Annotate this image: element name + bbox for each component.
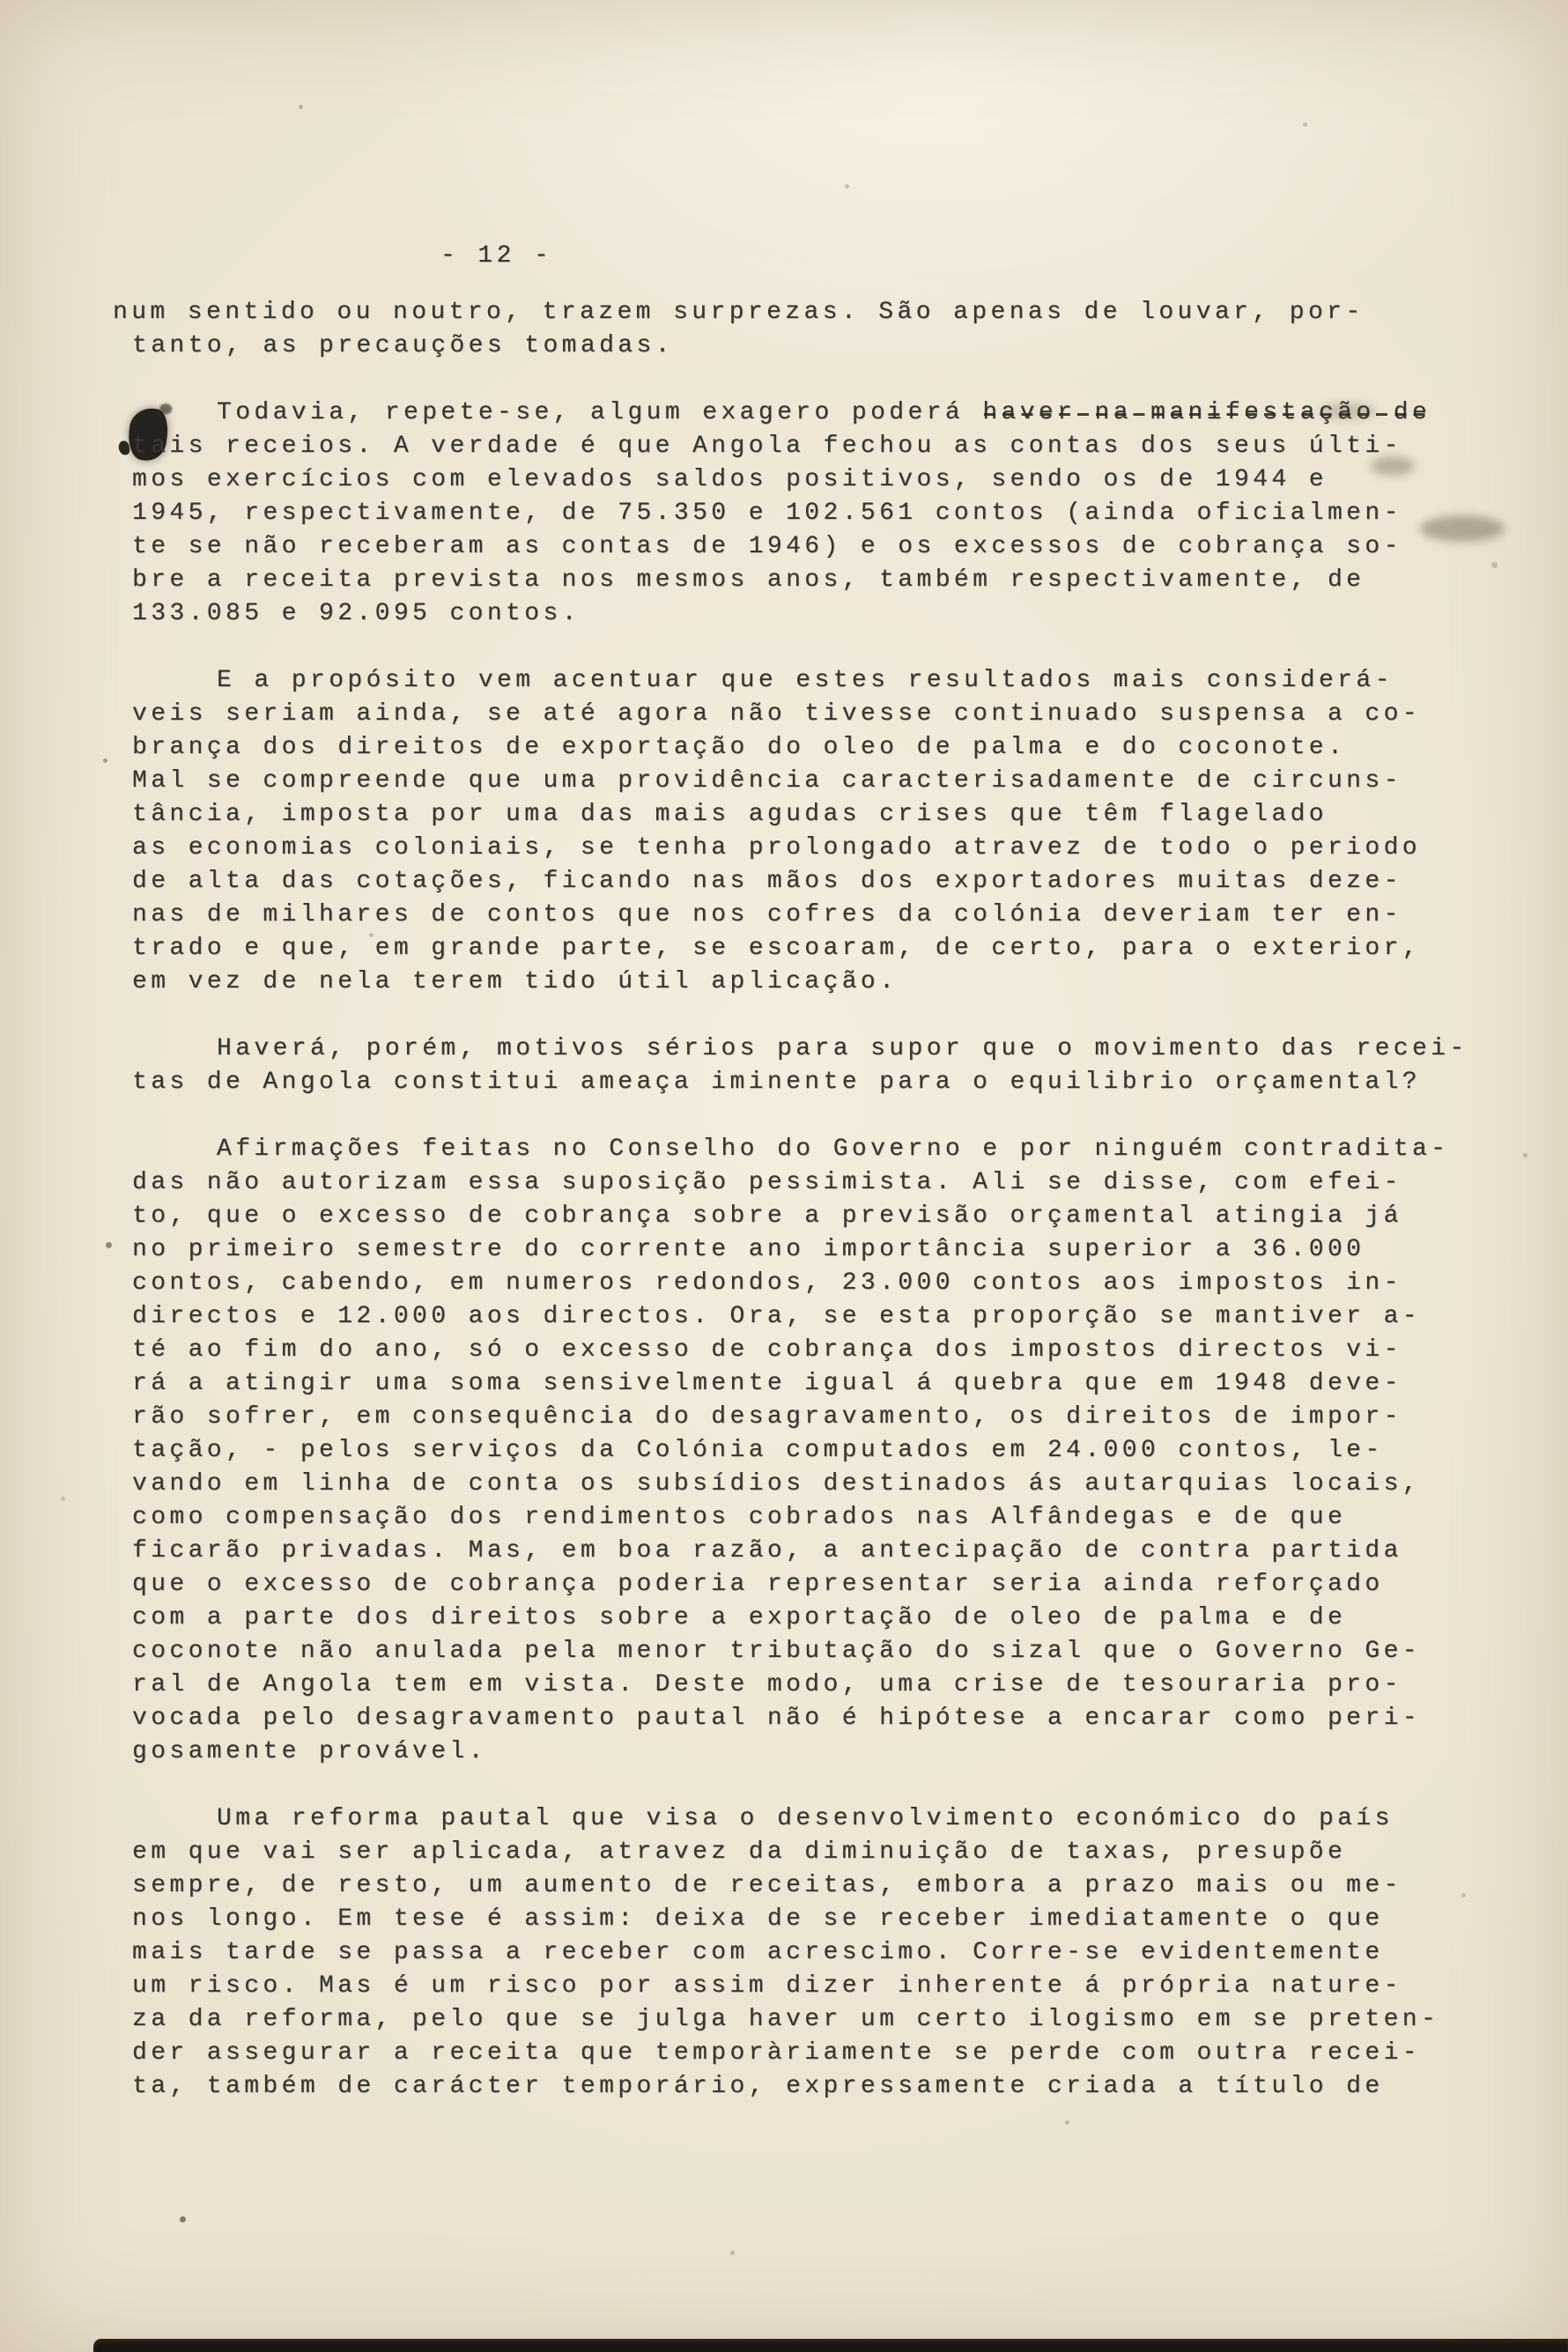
text-line: 1945, respectivamente, de 75.350 e 102.5… [132, 497, 1462, 530]
text-line: Haverá, porém, motivos sérios para supor… [132, 1032, 1462, 1066]
text-line: das não autorizam essa suposição pessimi… [132, 1166, 1462, 1200]
paper-speckles [0, 0, 3, 3]
text-line: nas de milhares de contos que nos cofres… [132, 899, 1462, 932]
text-line: trado e que, em grande parte, se escoara… [132, 932, 1462, 965]
text-line: as economias coloniais, se tenha prolong… [132, 832, 1462, 865]
text-line: num sentido ou noutro, trazem surprezas.… [113, 296, 1462, 329]
text-line: nos longo. Em tese é assim: deixa de se … [132, 1903, 1462, 1936]
text-line: bre a receita prevista nos mesmos anos, … [132, 564, 1462, 597]
text-line: mos exercícios com elevados saldos posit… [132, 463, 1462, 497]
text-line: de alta das cotações, ficando nas mãos d… [132, 865, 1462, 899]
paragraph-3: E a propósito vem acentuar que estes res… [132, 664, 1462, 999]
text-line: veis seriam ainda, se até agora não tive… [132, 698, 1462, 731]
text-line: Afirmações feitas no Conselho do Governo… [132, 1133, 1462, 1166]
text-line: to, que o excesso de cobrança sobre a pr… [132, 1200, 1462, 1233]
text-line: rá a atingir uma soma sensivelmente igua… [132, 1367, 1462, 1401]
text-line: tanto, as precauções tomadas. [132, 329, 1462, 363]
paragraph-1: num sentido ou noutro, trazem surprezas.… [132, 296, 1462, 363]
text-line: Mal se compreende que uma providência ca… [132, 765, 1462, 798]
text-line: mais tarde se passa a receber com acresc… [132, 1936, 1462, 1970]
text-line: contos, cabendo, em numeros redondos, 23… [132, 1267, 1462, 1300]
text-line: tais receios. A verdade é que Angola fec… [132, 430, 1462, 463]
text-line: como compensação dos rendimentos cobrado… [132, 1501, 1462, 1535]
paragraph-5: Afirmações feitas no Conselho do Governo… [132, 1133, 1462, 1769]
text-line: rão sofrer, em consequência do desagrava… [132, 1401, 1462, 1434]
text-line: brança dos direitos de exportação do ole… [132, 731, 1462, 765]
text-line: sempre, de resto, um aumento de receitas… [132, 1869, 1462, 1903]
text-line: der assegurar a receita que temporàriame… [132, 2037, 1462, 2070]
page-number: - 12 - [440, 240, 552, 273]
text-line: za da reforma, pelo que se julga haver u… [132, 2003, 1462, 2037]
text-line: Todavia, repete-se, algum exagero poderá… [132, 396, 1462, 430]
text-line: vocada pelo desagravamento pautal não é … [132, 1702, 1462, 1735]
text-line: em vez de nela terem tido útil aplicação… [132, 965, 1462, 999]
text-line: com a parte dos direitos sobre a exporta… [132, 1601, 1462, 1635]
text-line: te se não receberam as contas de 1946) e… [132, 530, 1462, 564]
text-line: em que vai ser aplicada, atravez da dimi… [132, 1836, 1462, 1869]
text-line: tação, - pelos serviços da Colónia compu… [132, 1434, 1462, 1468]
text-line: ral de Angola tem em vista. Deste modo, … [132, 1668, 1462, 1702]
text-line: 133.085 e 92.095 contos. [132, 597, 1462, 631]
text-line: E a propósito vem acentuar que estes res… [132, 664, 1462, 698]
text-line: Uma reforma pautal que visa o desenvolvi… [132, 1802, 1462, 1836]
text-line: té ao fim do ano, só o excesso de cobran… [132, 1334, 1462, 1367]
text-block: num sentido ou noutro, trazem surprezas.… [132, 296, 1462, 2137]
paragraph-2: Todavia, repete-se, algum exagero poderá… [132, 396, 1462, 631]
paragraph-6: Uma reforma pautal que visa o desenvolvi… [132, 1802, 1462, 2104]
text-line: ficarão privadas. Mas, em boa razão, a a… [132, 1535, 1462, 1568]
text-line: vando em linha de conta os subsídios des… [132, 1468, 1462, 1501]
text-line: coconote não anulada pela menor tributaç… [132, 1635, 1462, 1668]
text-line: ta, também de carácter temporário, expre… [132, 2070, 1462, 2104]
paragraph-4: Haverá, porém, motivos sérios para supor… [132, 1032, 1462, 1099]
text-line: tas de Angola constitui ameaça iminente … [132, 1066, 1462, 1099]
text-line: um risco. Mas é um risco por assim dizer… [132, 1970, 1462, 2003]
struck-text: haver na manifestação de [982, 396, 1431, 430]
text-line: tância, imposta por uma das mais agudas … [132, 798, 1462, 832]
text-line: no primeiro semestre do corrente ano imp… [132, 1233, 1462, 1267]
text-line: que o excesso de cobrança poderia repres… [132, 1568, 1462, 1601]
text-line: directos e 12.000 aos directos. Ora, se … [132, 1300, 1462, 1334]
text-segment: Todavia, repete-se, algum exagero poderá [217, 399, 982, 426]
scan-edge-strip [93, 2339, 1568, 2352]
text-line: gosamente provável. [132, 1735, 1462, 1769]
document-page: - 12 - num sentido ou noutro, trazem sur… [0, 0, 1568, 2352]
